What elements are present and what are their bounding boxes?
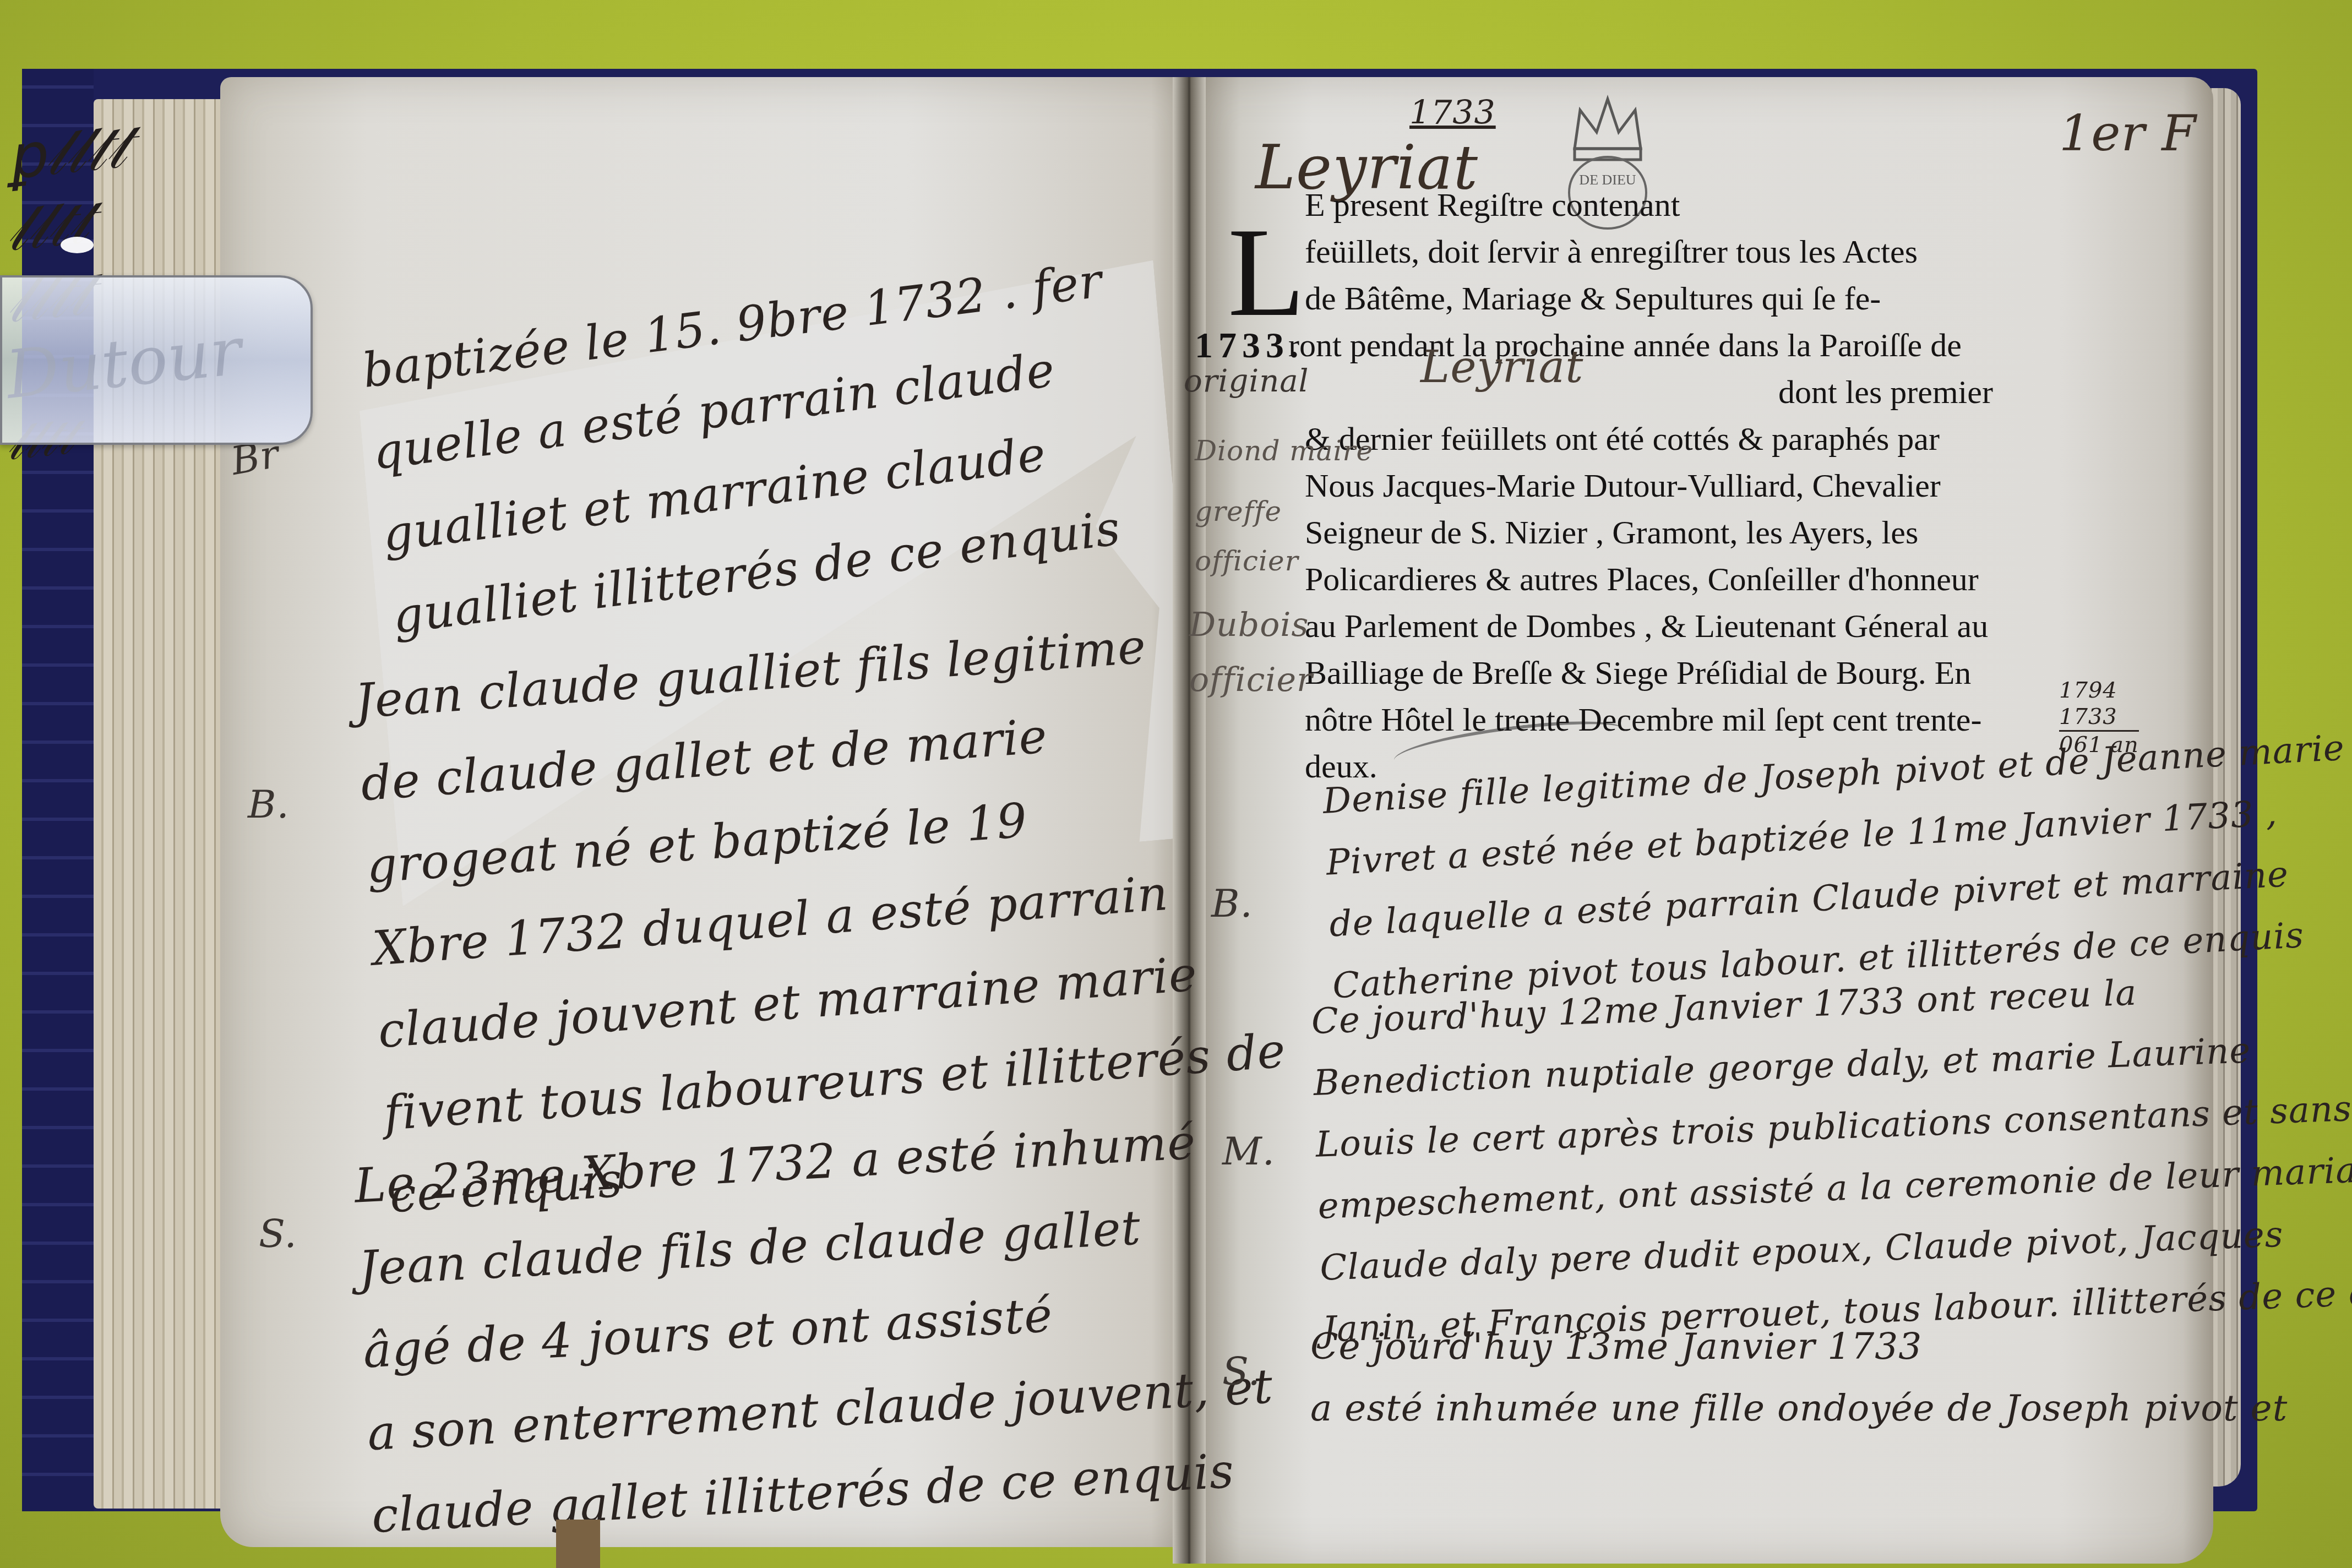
margin-note: B. <box>1211 881 1253 926</box>
margin-note: Diond maire <box>1195 435 1373 467</box>
margin-note: officier <box>1189 661 1313 699</box>
margin-note: greffe <box>1195 496 1282 527</box>
printed-line: nôtre Hôtel le trente Decembre mil ſept … <box>1305 696 2081 743</box>
clip-reflection <box>61 237 94 253</box>
entry-line: Ce jourd'huy 13me Janvier 1733 <box>1310 1316 2288 1378</box>
margin-note: S. <box>259 1211 297 1256</box>
date-calc-line: 1794 <box>2059 677 2139 704</box>
parish-name-inline: Leyriat <box>1420 341 1583 393</box>
margin-note: M. <box>1222 1129 1275 1174</box>
printed-line: Policardieres & autres Places, Conſeille… <box>1305 556 2081 603</box>
entry-6: Ce jourd'huy 13me Janvier 1733 a esté in… <box>1310 1316 2288 1439</box>
margin-note: B. <box>248 782 290 827</box>
margin-note: S. <box>1222 1349 1261 1394</box>
margin-note: officier <box>1195 545 1299 577</box>
transparent-page-clip <box>0 275 313 445</box>
date-calc-line: 1733 <box>2059 704 2139 730</box>
printed-line: Seigneur de S. Nizier , Gramont, les Aye… <box>1305 509 2081 556</box>
printed-line: & dernier feüillets ont été cottés & par… <box>1305 416 2081 462</box>
margin-note: Dubois <box>1189 606 1309 644</box>
printed-line: au Parlement de Dombes , & Lieutenant Gé… <box>1305 603 2081 650</box>
bookmark-tab <box>556 1520 600 1568</box>
printed-line: Bailliage de Breſſe & Siege Préſidial de… <box>1305 650 2081 696</box>
printed-line: Nous Jacques-Marie Dutour-Vulliard, Chev… <box>1305 462 2081 509</box>
entry-3: Le 23me Xbre 1732 a esté inhumé Jean cla… <box>352 1098 1280 1558</box>
entry-line: a esté inhumée une fille ondoyée de Jose… <box>1310 1378 2288 1439</box>
printed-line: ront pendant la prochaine année dans la … <box>1288 322 2081 369</box>
margin-note: original <box>1184 363 1309 399</box>
year-note-top: 1733 <box>1409 94 1496 132</box>
entry-5: Ce jourd'huy 12me Janvier 1733 ont receu… <box>1310 951 2352 1360</box>
